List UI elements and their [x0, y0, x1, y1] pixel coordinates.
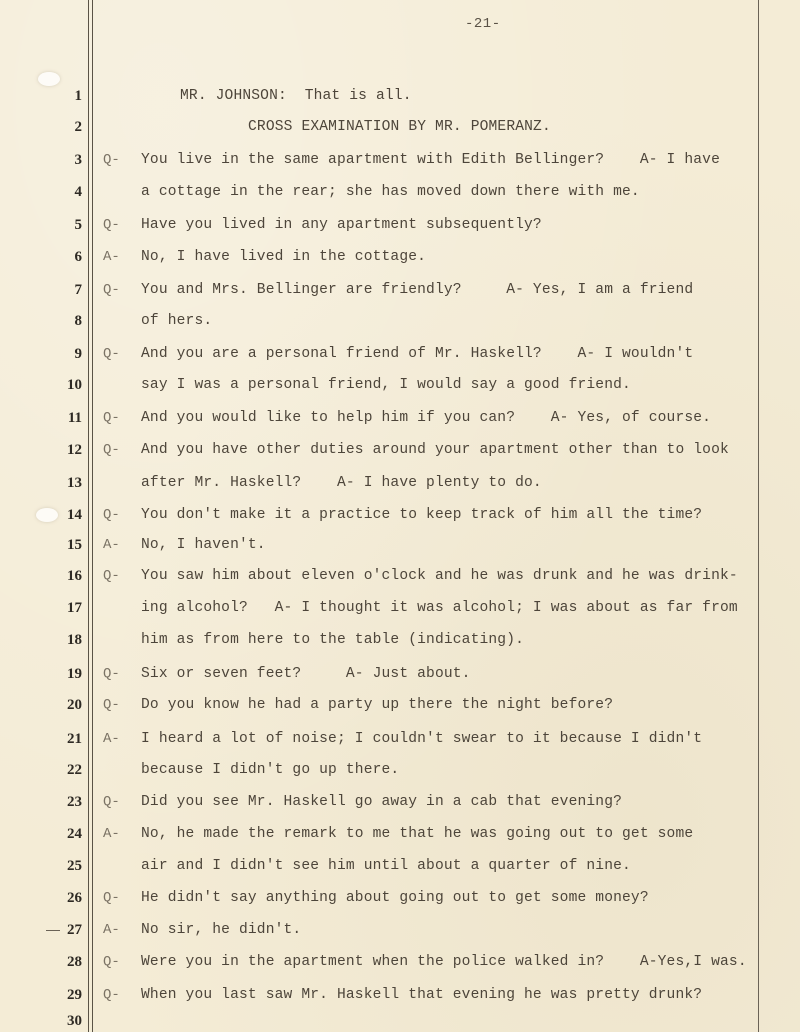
line-number: 1 — [50, 88, 82, 105]
line-number: 30 — [50, 1013, 82, 1030]
line-text: You and Mrs. Bellinger are friendly? A- … — [141, 282, 693, 298]
line-number: 29 — [50, 987, 82, 1004]
line-text: a cottage in the rear; she has moved dow… — [141, 184, 640, 200]
question-marker: Q- — [103, 152, 120, 168]
transcript-line: 7Q-You and Mrs. Bellinger are friendly? … — [0, 282, 800, 304]
answer-marker: A- — [103, 731, 120, 747]
line-number: 16 — [50, 568, 82, 585]
transcript-line: 28Q-Were you in the apartment when the p… — [0, 954, 800, 976]
transcript-line: 30 — [0, 1013, 800, 1032]
line-text: air and I didn't see him until about a q… — [141, 858, 631, 874]
transcript-line: 14Q-You don't make it a practice to keep… — [0, 507, 800, 529]
transcript-line: 19Q-Six or seven feet? A- Just about. — [0, 666, 800, 688]
line-text: You saw him about eleven o'clock and he … — [141, 568, 738, 584]
transcript-line: 29Q-When you last saw Mr. Haskell that e… — [0, 987, 800, 1009]
line-text: You live in the same apartment with Edit… — [141, 152, 720, 168]
transcript-line: 3Q-You live in the same apartment with E… — [0, 152, 800, 174]
line-text: You don't make it a practice to keep tra… — [141, 507, 702, 523]
transcript-line: 9Q-And you are a personal friend of Mr. … — [0, 346, 800, 368]
transcript-line: 6A-No, I have lived in the cottage. — [0, 249, 800, 271]
question-marker: Q- — [103, 666, 120, 682]
line-number: 14 — [50, 507, 82, 524]
transcript-line: 25air and I didn't see him until about a… — [0, 858, 800, 880]
line-text: And you are a personal friend of Mr. Has… — [141, 346, 693, 362]
line-number: 21 — [50, 731, 82, 748]
line-number: 3 — [50, 152, 82, 169]
line-number: 17 — [50, 600, 82, 617]
transcript-line: 10say I was a personal friend, I would s… — [0, 377, 800, 399]
line-text: No, I haven't. — [141, 537, 266, 553]
transcript-line: 1MR. JOHNSON: That is all. — [0, 88, 800, 110]
line-text: He didn't say anything about going out t… — [141, 890, 649, 906]
line-text: of hers. — [141, 313, 212, 329]
line-number: 23 — [50, 794, 82, 811]
line-number: 15 — [50, 537, 82, 554]
line-text: CROSS EXAMINATION BY MR. POMERANZ. — [248, 119, 551, 135]
line-number: 27 — [50, 922, 82, 939]
transcript-line: 12Q-And you have other duties around you… — [0, 442, 800, 464]
line-number: 13 — [50, 475, 82, 492]
question-marker: Q- — [103, 346, 120, 362]
transcript-line: 23Q-Did you see Mr. Haskell go away in a… — [0, 794, 800, 816]
transcript-line: 2CROSS EXAMINATION BY MR. POMERANZ. — [0, 119, 800, 141]
question-marker: Q- — [103, 410, 120, 426]
question-marker: Q- — [103, 794, 120, 810]
line-number: 10 — [50, 377, 82, 394]
line-number: 20 — [50, 697, 82, 714]
question-marker: Q- — [103, 507, 120, 523]
question-marker: Q- — [103, 954, 120, 970]
line-number: 8 — [50, 313, 82, 330]
line-text: Do you know he had a party up there the … — [141, 697, 613, 713]
line-number: 12 — [50, 442, 82, 459]
transcript-line: 24A-No, he made the remark to me that he… — [0, 826, 800, 848]
transcript-line: 16Q-You saw him about eleven o'clock and… — [0, 568, 800, 590]
line-text: ing alcohol? A- I thought it was alcohol… — [141, 600, 738, 616]
line-text: I heard a lot of noise; I couldn't swear… — [141, 731, 702, 747]
answer-marker: A- — [103, 922, 120, 938]
line-text: No sir, he didn't. — [141, 922, 301, 938]
transcript-line: 21A-I heard a lot of noise; I couldn't s… — [0, 731, 800, 753]
transcript-line: 5Q-Have you lived in any apartment subse… — [0, 217, 800, 239]
answer-marker: A- — [103, 537, 120, 553]
line-number: 25 — [50, 858, 82, 875]
line-text: Were you in the apartment when the polic… — [141, 954, 747, 970]
line-number: 6 — [50, 249, 82, 266]
line-text: And you would like to help him if you ca… — [141, 410, 711, 426]
question-marker: Q- — [103, 987, 120, 1003]
transcript-line: 8of hers. — [0, 313, 800, 335]
line-number: 5 — [50, 217, 82, 234]
line-number: 2 — [50, 119, 82, 136]
line-number: 22 — [50, 762, 82, 779]
line-text: When you last saw Mr. Haskell that eveni… — [141, 987, 702, 1003]
line-text: No, he made the remark to me that he was… — [141, 826, 693, 842]
transcript-line: 26Q-He didn't say anything about going o… — [0, 890, 800, 912]
answer-marker: A- — [103, 249, 120, 265]
question-marker: Q- — [103, 697, 120, 713]
transcript-line: 4a cottage in the rear; she has moved do… — [0, 184, 800, 206]
answer-marker: A- — [103, 826, 120, 842]
transcript-line: 13after Mr. Haskell? A- I have plenty to… — [0, 475, 800, 497]
transcript-line: 17ing alcohol? A- I thought it was alcoh… — [0, 600, 800, 622]
page-number: -21- — [465, 16, 501, 32]
transcript-line: 11Q-And you would like to help him if yo… — [0, 410, 800, 432]
line-text: MR. JOHNSON: That is all. — [180, 88, 412, 104]
transcript-line: 20Q-Do you know he had a party up there … — [0, 697, 800, 719]
punch-hole-mark — [38, 72, 60, 86]
line-number: 24 — [50, 826, 82, 843]
line-text: Six or seven feet? A- Just about. — [141, 666, 471, 682]
line-number: 4 — [50, 184, 82, 201]
question-marker: Q- — [103, 282, 120, 298]
line-number: 26 — [50, 890, 82, 907]
line-text: him as from here to the table (indicatin… — [141, 632, 524, 648]
line-text: No, I have lived in the cottage. — [141, 249, 426, 265]
line-text: Have you lived in any apartment subseque… — [141, 217, 542, 233]
transcript-line: 27A-No sir, he didn't. — [0, 922, 800, 944]
line-number: 7 — [50, 282, 82, 299]
line-number: 19 — [50, 666, 82, 683]
transcript-line: 18him as from here to the table (indicat… — [0, 632, 800, 654]
line-number: 9 — [50, 346, 82, 363]
question-marker: Q- — [103, 442, 120, 458]
line-number: 28 — [50, 954, 82, 971]
question-marker: Q- — [103, 568, 120, 584]
line-number: 11 — [50, 410, 82, 427]
line-text: And you have other duties around your ap… — [141, 442, 729, 458]
line-text: Did you see Mr. Haskell go away in a cab… — [141, 794, 622, 810]
transcript-line: 15A-No, I haven't. — [0, 537, 800, 559]
question-marker: Q- — [103, 217, 120, 233]
transcript-line: 22because I didn't go up there. — [0, 762, 800, 784]
line-text: because I didn't go up there. — [141, 762, 399, 778]
line-text: say I was a personal friend, I would say… — [141, 377, 631, 393]
line-text: after Mr. Haskell? A- I have plenty to d… — [141, 475, 542, 491]
line-number: 18 — [50, 632, 82, 649]
transcript-page: -21- 1MR. JOHNSON: That is all.2CROSS EX… — [0, 0, 800, 1032]
question-marker: Q- — [103, 890, 120, 906]
